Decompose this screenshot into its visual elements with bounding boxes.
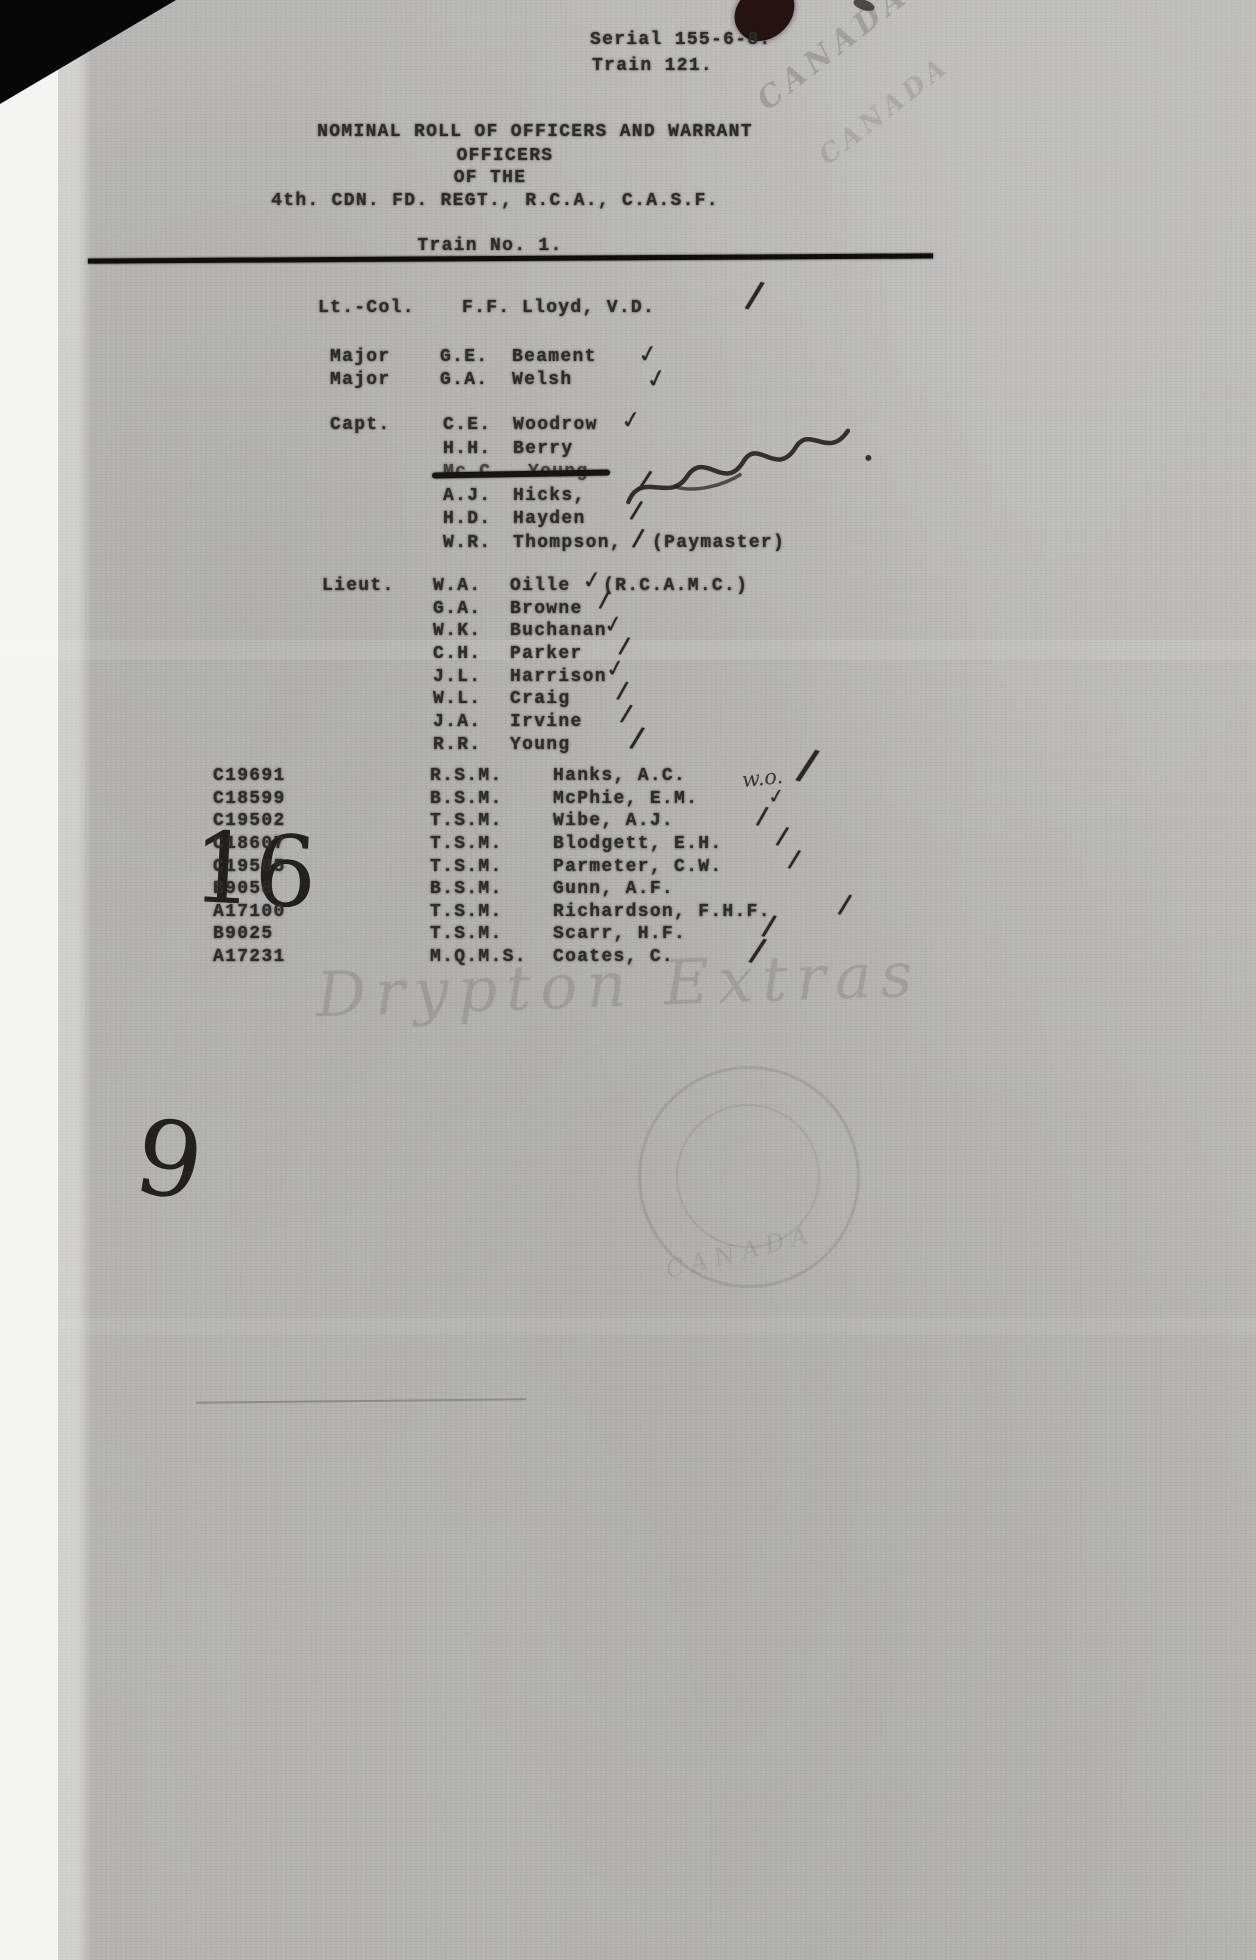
wo-number: C19502 [213,811,286,831]
serial-line: Serial 155-6-8. [590,30,772,50]
officer-surname: Young [510,735,571,755]
rank-group-label: Lieut. [322,576,395,596]
wo-rank: T.S.M. [430,902,503,922]
wo-number: C18607 [213,834,286,854]
wo-name: McPhie, E.M. [553,789,698,809]
ghost-stamp-top-2: CANADA [813,51,956,172]
wo-number: B9058 [213,879,274,899]
checkmark: ✓ [644,364,670,393]
checkmark: / [837,891,853,919]
officer-rank: Lt.-Col. [318,298,415,318]
officer-initials: W.K. [433,621,481,641]
doc-title-line1: NOMINAL ROLL OF OFFICERS AND WARRANT [250,122,820,142]
checkmark: / [744,277,765,315]
doc-title-line3: OF THE [240,168,740,188]
officer-initials: W.A. [433,576,481,596]
officer-surname: Oille [510,576,571,596]
wo-number: A17100 [213,902,286,922]
officer-initials: W.R. [443,533,491,553]
wo-name: Richardson, F.H.F. [553,902,771,922]
checkmark: / [775,823,789,848]
officer-suffix: (Paymaster) [652,533,785,553]
faint-pencil-line [196,1398,526,1403]
officer-surname: Woodrow [513,415,598,435]
wo-number: C19585 [213,857,286,877]
handwritten-scrawl [607,404,886,525]
wo-number: B9025 [213,924,274,944]
wo-rank: T.S.M. [430,924,503,944]
officer-surname: Berry [513,439,574,459]
checkmark: / [629,723,646,753]
wo-name: Blodgett, E.H. [553,834,722,854]
wo-number: A17231 [213,947,286,967]
officer-surname: Buchanan [510,621,607,641]
officer-rank: Major [330,370,391,390]
wo-rank: T.S.M. [430,811,503,831]
officer-initials: C.H. [433,644,481,664]
officer-suffix: (R.C.A.M.C.) [603,576,748,596]
officer-initials: G.E. [440,347,488,367]
officer-rank: Major [330,347,391,367]
officer-surname: Craig [510,689,571,709]
checkmark: ✓ [619,407,642,434]
doc-subtitle: Train No. 1. [250,236,730,256]
rank-group-label: Capt. [330,415,391,435]
margin-tally-warrant: 9 [128,1103,210,1216]
officer-initials: G.A. [440,370,488,390]
wo-name: Parmeter, C.W. [553,857,722,877]
officer-initials: W.L. [433,689,481,709]
officer-initials: H.D. [443,509,491,529]
officer-initials: A.J. [443,486,491,506]
wo-rank: R.S.M. [430,766,503,786]
officer-surname: Beament [512,347,597,367]
officer-initials: F.F. [462,298,510,318]
officer-surname: Lloyd, V.D. [522,298,655,318]
checkmark: ✓ [580,567,603,594]
wo-name: Hanks, A.C. [553,766,686,786]
wo-name: Scarr, H.F. [553,924,686,944]
ghost-handwriting: Drypton Extras [315,937,923,1031]
wo-rank: B.S.M. [430,879,503,899]
officer-surname: Browne [510,599,583,619]
officer-initials: G.A. [433,599,481,619]
wo-name: Gunn, A.F. [553,879,674,899]
officer-surname: Hayden [513,509,586,529]
checkmark: / [795,743,821,788]
doc-title-line4: 4th. CDN. FD. REGT., R.C.A., C.A.S.F. [230,191,760,211]
doc-title-line2: OFFICERS [250,146,760,166]
officer-surname: Welsh [512,370,573,390]
wo-number: C18599 [213,789,286,809]
officer-initials: C.E. [443,415,491,435]
checkmark: / [787,846,801,871]
wo-rank: T.S.M. [430,834,503,854]
officer-surname: Parker [510,644,583,664]
officer-initials: J.L. [433,667,481,687]
checkmark: / [632,525,646,550]
train-line: Train 121. [592,56,713,76]
officer-surname: Thompson, [513,533,622,553]
officer-initials: R.R. [433,735,481,755]
officer-surname: Irvine [510,712,583,732]
crease-band [0,1318,1256,1334]
officer-surname: Hicks, [513,486,586,506]
checkmark: / [619,702,633,726]
scan-left-margin [0,0,92,1960]
scanned-document-page: CANADA CANADA Serial 155-6-8. Train 121.… [0,0,1256,1960]
officer-initials: H.H. [443,439,491,459]
wo-rank: B.S.M. [430,789,503,809]
officer-initials: J.A. [433,712,481,732]
wo-rank: T.S.M. [430,857,503,877]
officer-surname: Harrison [510,667,607,687]
wo-name: Wibe, A.J. [553,811,674,831]
checkmark: / [756,803,770,828]
wo-number: C19691 [213,766,286,786]
